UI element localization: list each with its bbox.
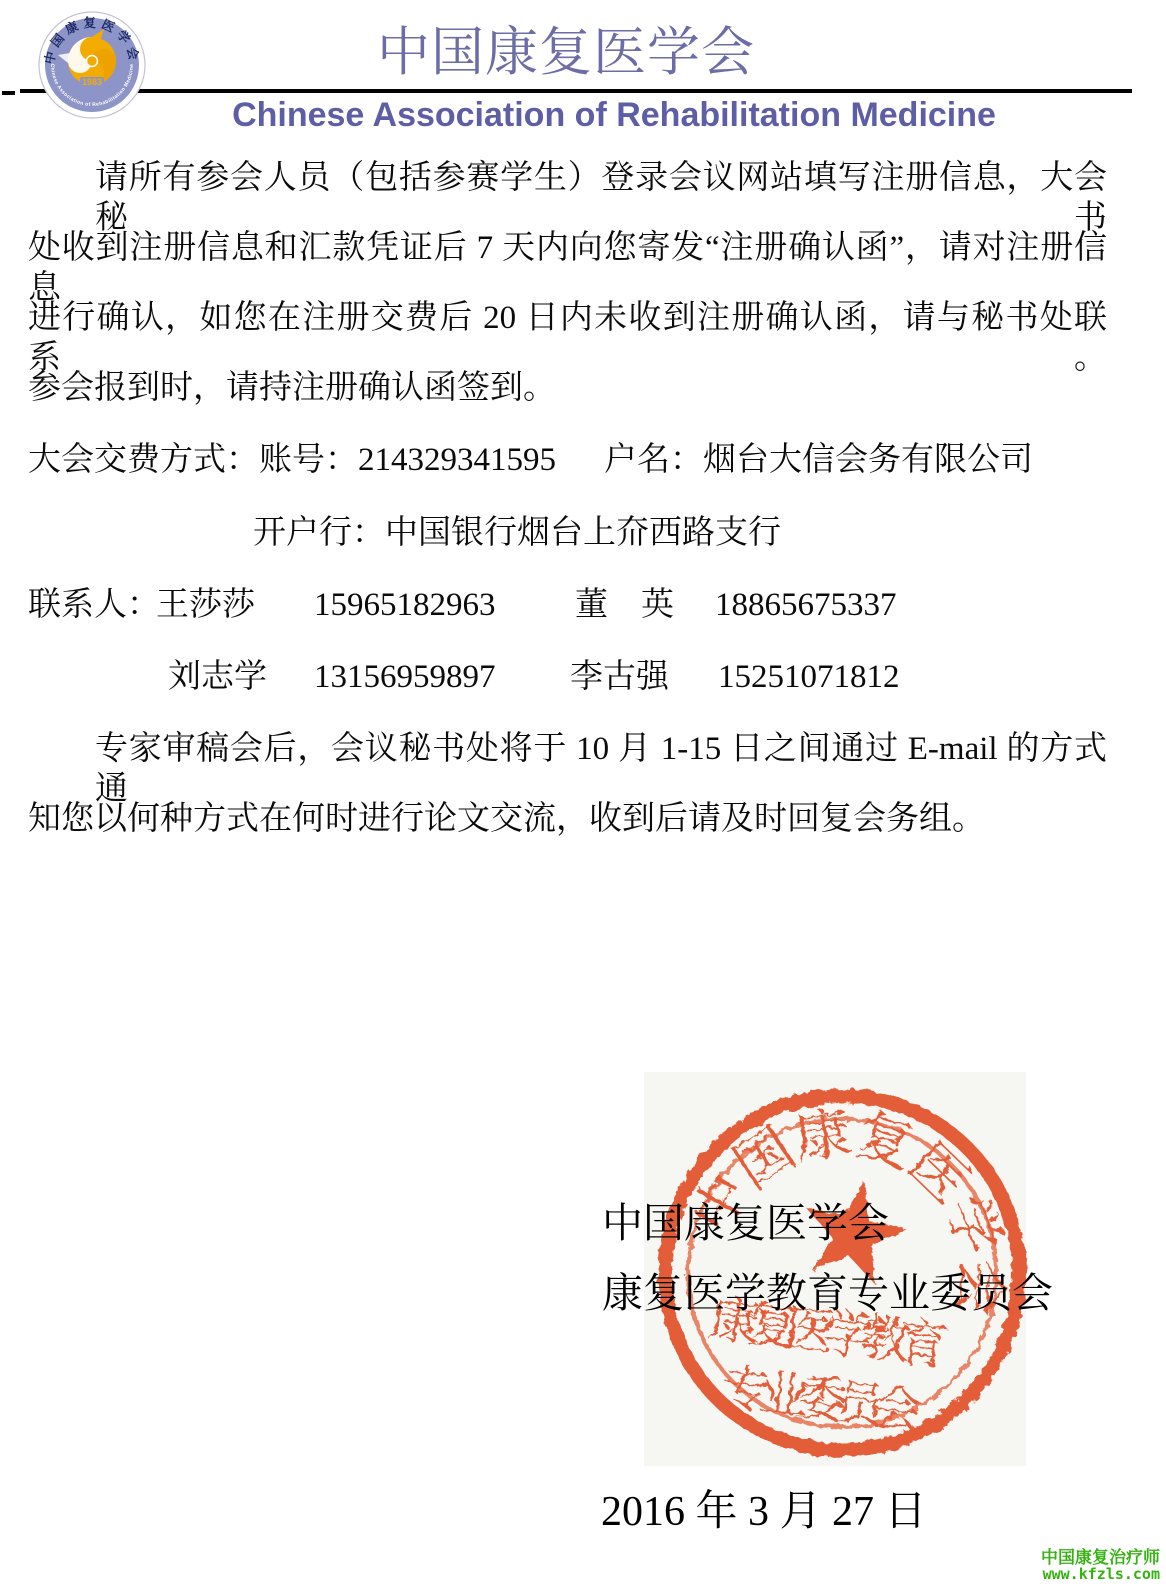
bank-line: 开户行：中国银行烟台上夼西路支行: [253, 513, 781, 553]
contact-name: 刘志学: [168, 657, 267, 697]
bank-name: 中国银行烟台上夼西路支行: [385, 515, 781, 551]
para2-line2: 知您以何种方式在何时进行论文交流，收到后请及时回复会务组。: [28, 799, 985, 839]
contacts-row1: 联系人： 王莎莎 15965182963 董 英 18865675337: [0, 585, 1166, 627]
para1-line4: 参会报到时，请持注册确认函签到。: [28, 368, 556, 408]
contact-phone: 15251071812: [718, 657, 900, 697]
payment-line: 大会交费方式：账号：214329341595户名：烟台大信会务有限公司: [28, 440, 1033, 480]
header-rule: [20, 89, 1132, 93]
para1-line2: 处收到注册信息和汇款凭证后 7 天内向您寄发“注册确认函”，请对注册信息: [28, 228, 1107, 308]
scan-artifact-dash: [2, 91, 15, 95]
para1-line1: 请所有参会人员（包括参赛学生）登录会议网站填写注册信息，大会秘书: [95, 158, 1107, 238]
contacts-row2: 刘志学 13156959897 李古强 15251071812: [0, 657, 1166, 699]
account-number: 214329341595: [358, 442, 556, 478]
para2-line1: 专家审稿会后，会议秘书处将于 10 月 1-15 日之间通过 E-mail 的方…: [95, 729, 1107, 809]
org-title-english: Chinese Association of Rehabilitation Me…: [198, 96, 1030, 135]
contact-name: 董 英: [575, 585, 674, 625]
signature-date: 2016 年 3 月 27 日: [601, 1478, 927, 1538]
payment-method-label: 大会交费方式：: [28, 442, 259, 478]
logo-year: 1983: [82, 77, 102, 87]
para1-line3: 进行确认，如您在注册交费后 20 日内未收到注册确认函，请与秘书处联系。: [28, 298, 1107, 378]
contact-name: 李古强: [570, 657, 669, 697]
holder-name: 烟台大信会务有限公司: [703, 442, 1033, 478]
contacts-label: 联系人：: [28, 585, 160, 625]
contact-phone: 15965182963: [314, 585, 496, 625]
contact-phone: 18865675337: [715, 585, 897, 625]
signature-org-line2: 康复医学教育专业委员会: [602, 1260, 1053, 1319]
signature-org-line1: 中国康复医学会: [602, 1190, 889, 1249]
association-logo: 中国康复医学会 Chinese Association of Rehabilit…: [38, 11, 146, 119]
contact-phone: 13156959897: [314, 657, 496, 697]
document-page: 中国康复医学会 Chinese Association of Rehabilit…: [0, 0, 1166, 1587]
holder-label: 户名：: [604, 442, 703, 478]
contact-name: 王莎莎: [156, 585, 255, 625]
org-title-chinese: 中国康复医学会: [377, 22, 757, 84]
site-watermark: 中国康复治疗师 www.kfzls.com: [1041, 1549, 1160, 1583]
watermark-url: www.kfzls.com: [1041, 1567, 1160, 1583]
svg-text:康: 康: [791, 1102, 855, 1171]
account-label: 账号：: [259, 442, 358, 478]
bank-label: 开户行：: [253, 515, 385, 551]
